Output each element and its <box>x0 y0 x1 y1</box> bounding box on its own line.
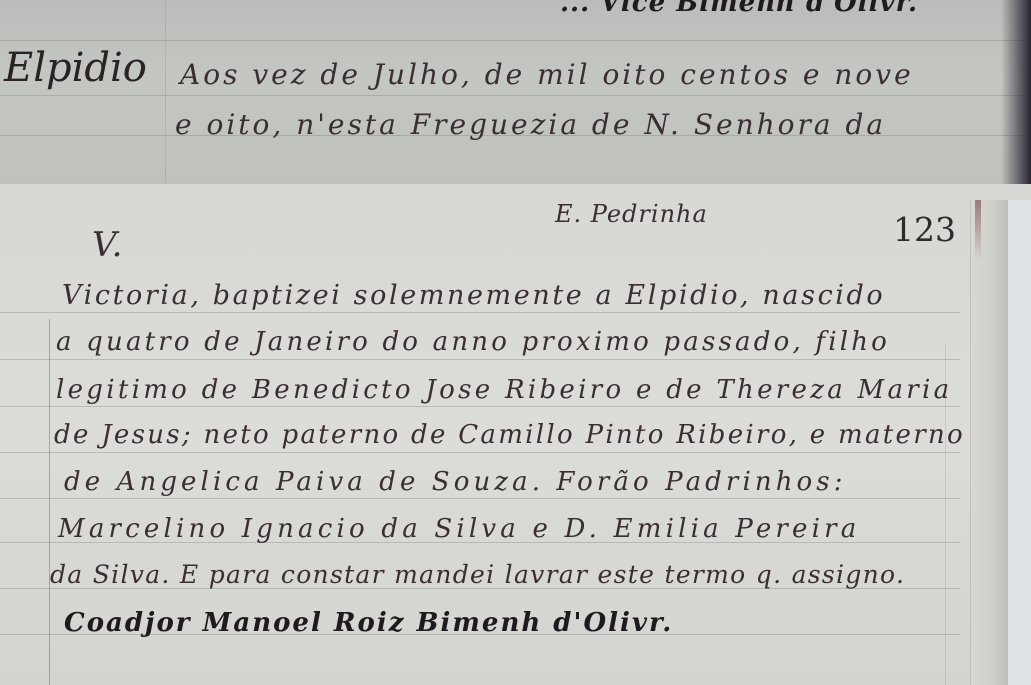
ruled-line <box>0 359 960 360</box>
entry-line-1: Victoria, baptizei solemnemente a Elpidi… <box>62 280 885 311</box>
ruled-line <box>0 406 960 407</box>
header-note: E. Pedrinha <box>555 200 708 228</box>
partial-top-line: ... Vice Bimenh d'Olivr. <box>560 0 918 18</box>
entry-line-4: de Jesus; neto paterno de Camillo Pinto … <box>54 420 965 450</box>
entry-line-5: de Angelica Paiva de Souza. Forão Padrin… <box>64 467 847 497</box>
signature: Coadjor Manoel Roiz Bimenh d'Olivr. <box>64 608 673 638</box>
margin-line <box>165 0 166 184</box>
entry-line-2: a quatro de Janeiro do anno proximo pass… <box>56 327 890 357</box>
entry-line-6: Marcelino Ignacio da Silva e D. Emilia P… <box>58 514 860 544</box>
margin-name: Elpidio <box>4 45 147 91</box>
entry-line: Aos vez de Julho, de mil oito centos e n… <box>180 58 914 91</box>
ruled-line <box>0 95 1031 96</box>
ruled-line <box>0 498 960 499</box>
ruled-line <box>0 452 960 453</box>
entry-line-3: legitimo de Benedicto Jose Ribeiro e de … <box>56 375 952 405</box>
ruled-line <box>0 312 960 313</box>
page-underlay <box>1008 200 1031 685</box>
entry-line: e oito, n'esta Freguezia de N. Senhora d… <box>175 108 886 141</box>
page-edge <box>970 200 1009 685</box>
entry-line-7: da Silva. E para constar mandei lavrar e… <box>50 560 905 589</box>
margin-mark: V. <box>92 225 123 265</box>
left-margin-line <box>49 319 50 685</box>
top-photo-fragment: ... Vice Bimenh d'Olivr. Elpidio Aos vez… <box>0 0 1031 184</box>
ruled-line <box>0 40 1031 41</box>
page-number: 123 <box>893 210 956 249</box>
